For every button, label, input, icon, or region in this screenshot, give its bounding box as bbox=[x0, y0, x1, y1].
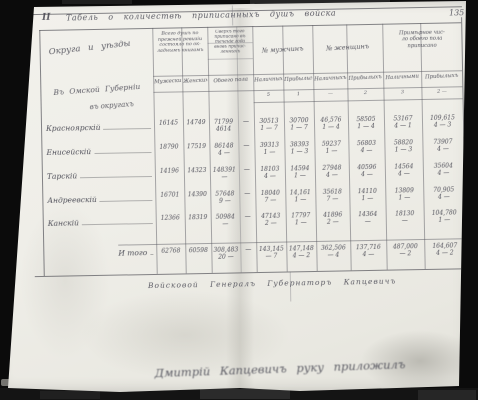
table-cell: 13809 1 — bbox=[386, 187, 422, 202]
table-cell: 14110 1 — bbox=[350, 188, 384, 203]
table-cell: 17797 1 — bbox=[287, 212, 315, 227]
column-scale-mark: 2 — bbox=[422, 88, 461, 95]
row-label-text: Красноярскій bbox=[46, 123, 101, 133]
table-cell: 14,161 1 — bbox=[286, 189, 314, 204]
note-line: Войсковой Генералъ Губернаторъ Капцевичъ bbox=[148, 277, 396, 291]
column-sub-header: Женскихъ bbox=[183, 78, 207, 85]
table-total-cell: 137,716 4 — bbox=[351, 244, 385, 259]
table-cell: — bbox=[241, 213, 255, 220]
grid-line bbox=[39, 30, 45, 276]
page-content: II Табель о количествѣ приписанныхъ душъ… bbox=[0, 0, 478, 400]
table-cell: 14364 — bbox=[351, 211, 385, 226]
table-cell: 41896 2 — bbox=[317, 211, 349, 226]
leader-line bbox=[100, 199, 153, 202]
table-cell: 12366 bbox=[157, 214, 184, 221]
leader-line bbox=[82, 222, 153, 225]
table-cell: 16145 bbox=[155, 119, 182, 126]
total-label-text: И того bbox=[118, 248, 147, 258]
corner-header: Округа и уѣзды bbox=[48, 39, 131, 58]
column-sub-header: Мужескихъ bbox=[154, 78, 181, 85]
row-label-text: Тарскій bbox=[47, 171, 77, 181]
film-bottom-patch bbox=[418, 390, 476, 400]
table-cell: 71799 4614 bbox=[210, 118, 237, 132]
table-cell: 47143 2 — bbox=[257, 213, 285, 228]
column-scale-mark: 1 bbox=[284, 91, 312, 98]
table-cell: 56803 4 — bbox=[349, 140, 383, 155]
scanned-document-viewer: { "scan": { "page_number": "135" }, "tit… bbox=[0, 0, 478, 400]
table-cell: — bbox=[239, 118, 253, 125]
page-number: 135 bbox=[449, 8, 464, 17]
table-total-cell: 164,607 4 — 2 bbox=[425, 242, 464, 257]
table-cell: 46,576 1 — 4 bbox=[315, 116, 347, 131]
leader-line bbox=[94, 151, 151, 154]
table-total-cell: 143,145 — 7 bbox=[257, 246, 285, 261]
column-scale-mark: 3 bbox=[384, 89, 420, 96]
row-label-text: Андреевскій bbox=[47, 195, 96, 205]
table-cell: 14564 4 — bbox=[386, 163, 422, 178]
table-row-label: Красноярскій bbox=[46, 122, 153, 133]
leader-line bbox=[150, 253, 153, 255]
film-bottom-patch bbox=[200, 389, 290, 399]
table-cell: — bbox=[240, 190, 254, 197]
table-cell: 38393 1 — 3 bbox=[285, 141, 313, 156]
row-label-text: Канскій bbox=[48, 218, 79, 228]
column-scale-mark: 2 bbox=[348, 90, 382, 97]
table-total-cell: 487,000 — 2 bbox=[387, 243, 423, 258]
table-cell: 58820 1 — 3 bbox=[385, 139, 421, 154]
table-cell: 27948 4 — bbox=[316, 164, 348, 179]
column-group-header: Всего душъ по прежней ревизіи состояло п… bbox=[154, 31, 205, 54]
table-cell: 57648 9 — bbox=[211, 190, 238, 204]
table-cell: 18319 bbox=[186, 214, 210, 221]
film-edge-patch bbox=[62, 0, 132, 4]
region-heading-line1: Въ Омской Губерніи bbox=[53, 82, 140, 97]
column-sub-header: Прибылыхъ bbox=[348, 74, 382, 82]
table-total-cell: — bbox=[241, 246, 255, 253]
table-cell: 14196 bbox=[156, 167, 183, 174]
table-cell: 86148 4 — bbox=[210, 142, 237, 156]
table-cell: 73907 4 — bbox=[423, 138, 462, 153]
grid-line bbox=[232, 5, 233, 25]
table-cell: 53167 4 — 1 bbox=[385, 115, 421, 130]
table-cell: 35618 7 — bbox=[316, 188, 348, 203]
column-sub-header: Наличныхъ bbox=[254, 76, 282, 83]
table-row-label: Андреевскій bbox=[47, 194, 154, 205]
table-cell: 18040 7 — bbox=[256, 190, 284, 205]
leader-line bbox=[80, 175, 152, 178]
column-sub-header: Обоего пола bbox=[209, 76, 252, 84]
table-cell: 18103 4 — bbox=[256, 166, 284, 181]
table-cell: 59237 1 — bbox=[315, 140, 347, 155]
table-total-cell: 62768 bbox=[157, 247, 184, 254]
scanned-page: II Табель о количествѣ приписанныхъ душъ… bbox=[0, 0, 478, 400]
column-sub-header: Прибылыхъ bbox=[422, 73, 461, 81]
table-cell: 35604 4 — bbox=[424, 162, 463, 177]
table-cell: 104,780 1 — bbox=[425, 209, 464, 224]
column-group-header: Примѣрное чис- ло обоего пола приписано bbox=[384, 29, 459, 50]
table-cell: 39313 1 — bbox=[255, 142, 283, 157]
table-cell: — bbox=[240, 166, 254, 173]
table-cell: — bbox=[239, 142, 253, 149]
grid-line bbox=[35, 268, 466, 277]
table-row-label: Тарскій bbox=[47, 170, 154, 181]
total-row-label: И того bbox=[118, 248, 155, 258]
table-cell: 14390 bbox=[185, 191, 209, 198]
table-cell: 148391 — bbox=[211, 166, 238, 180]
table-cell: 58505 1 — 4 bbox=[349, 116, 383, 131]
table-cell: 109,615 4 — 3 bbox=[423, 114, 462, 129]
table-cell: 50984 — bbox=[212, 213, 239, 227]
table-cell: 14749 bbox=[184, 119, 208, 126]
table-cell: 70,905 4 — bbox=[424, 186, 463, 201]
table-cell: 18790 bbox=[155, 143, 182, 150]
table-cell: 14323 bbox=[185, 167, 209, 174]
column-sub-header: Прибылыхъ bbox=[284, 76, 312, 83]
table-total-cell: 308,483 20 — bbox=[212, 246, 239, 260]
table-cell: 16701 bbox=[156, 191, 183, 198]
table-cell: 30700 1 — 7 bbox=[285, 117, 313, 132]
region-heading-line2: въ округахъ bbox=[89, 100, 134, 111]
table-total-cell: 60598 bbox=[186, 247, 210, 254]
table-cell: 14594 1 — bbox=[286, 165, 314, 180]
table-cell: 17519 bbox=[184, 143, 208, 150]
table-row-label: Енисейскій bbox=[46, 146, 153, 157]
table-total-cell: 147,148 4 — 2 bbox=[287, 245, 315, 260]
column-scale-mark: — bbox=[314, 90, 346, 97]
grid-line bbox=[254, 98, 463, 103]
table-cell: 40596 4 — bbox=[350, 164, 384, 179]
table-row-label: Канскій bbox=[48, 217, 155, 228]
table-cell: 18130 — bbox=[387, 210, 423, 225]
grid-line bbox=[208, 58, 253, 60]
table-total-cell: 362,506 — 4 bbox=[317, 244, 349, 259]
table-cell: 30513 1 — 7 bbox=[255, 118, 283, 133]
signature: Дмитрій Капцевичъ руку приложилъ bbox=[154, 357, 405, 380]
column-sub-header: Наличными bbox=[384, 73, 420, 81]
leader-line bbox=[103, 127, 151, 130]
column-scale-mark: 5 bbox=[254, 92, 282, 99]
column-sub-header: Наличныхъ bbox=[314, 75, 346, 83]
row-label-text: Енисейскій bbox=[46, 147, 91, 157]
film-bottom-patch bbox=[40, 391, 100, 399]
